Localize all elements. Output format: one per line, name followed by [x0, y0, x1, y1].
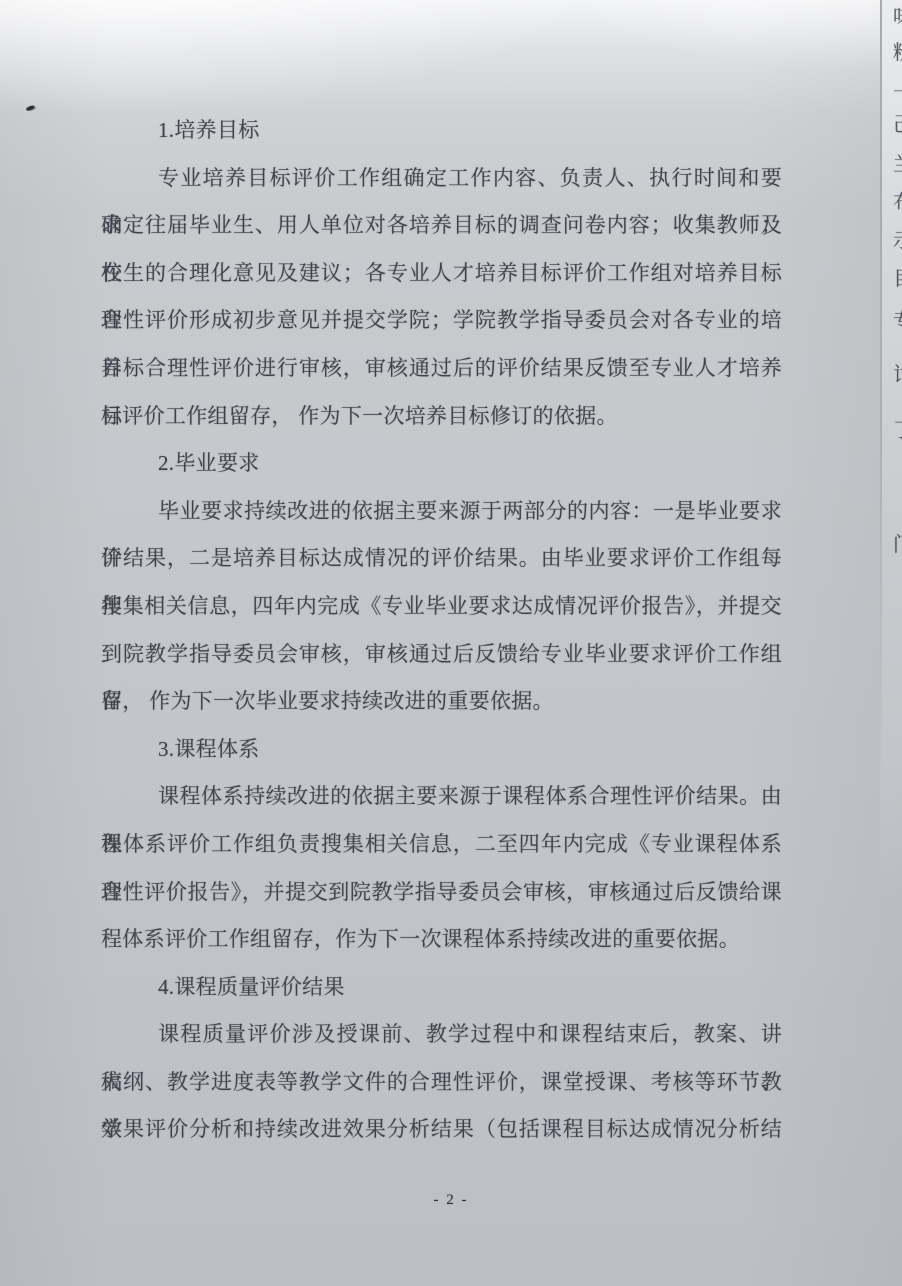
text-line: 确定往届毕业生、用人单位对各培养目标的调查问卷内容；收集教师及在 [101, 202, 782, 250]
text-line: 理性评价报告》，并提交到院教学指导委员会审核，审核通过后反馈给课 [101, 869, 782, 917]
text-line: 存， 作为下一次毕业要求持续改进的重要依据。 [101, 678, 782, 726]
edge-partial-glyph: 粉 [893, 36, 902, 65]
edge-partial-glyph: 兰 [893, 148, 902, 177]
text-line: 3.课程体系 [101, 726, 782, 774]
edge-partial-glyph: 了 [893, 414, 902, 443]
text-line: 4.课程质量评价结果 [101, 964, 782, 1012]
ink-speck [26, 104, 36, 111]
text-line: 效果评价分析和持续改进效果分析结果（包括课程目标达成情况分析结 [101, 1106, 782, 1154]
text-line: 理性评价形成初步意见并提交学院；学院教学指导委员会对各专业的培养 [101, 297, 782, 345]
edge-partial-glyph: 目 [893, 262, 902, 291]
text-line: 毕业要求持续改进的依据主要来源于两部分的内容：一是毕业要求评 [101, 488, 782, 536]
text-line: 2.毕业要求 [101, 440, 782, 488]
next-page-edge: 味粉一己兰布示目专讨了门 [880, 0, 902, 1286]
text-line: 价结果，二是培养目标达成情况的评价结果。由毕业要求评价工作组每年 [101, 535, 782, 583]
edge-partial-glyph: 门 [893, 528, 902, 557]
document-body: 1.培养目标专业培养目标评价工作组确定工作内容、负责人、执行时间和要求；确定往届… [101, 107, 782, 1154]
edge-partial-glyph: 一 [893, 76, 902, 105]
text-line: 程体系评价工作组负责搜集相关信息，二至四年内完成《专业课程体系合 [101, 821, 782, 869]
paper-sheet: 1.培养目标专业培养目标评价工作组确定工作内容、负责人、执行时间和要求；确定往届… [0, 0, 902, 1286]
text-line: 课程质量评价涉及授课前、教学过程中和课程结束后，教案、讲稿、 [101, 1011, 782, 1059]
edge-partial-glyph: 示 [893, 224, 902, 253]
text-line: 校生的合理化意见及建议；各专业人才培养目标评价工作组对培养目标合 [101, 250, 782, 298]
text-line: 课程体系持续改进的依据主要来源于课程体系合理性评价结果。由课 [101, 773, 782, 821]
edge-partial-glyph: 味 [893, 0, 902, 29]
edge-partial-glyph: 专 [893, 304, 902, 333]
edge-partial-glyph: 讨 [893, 358, 902, 387]
text-line: 专业培养目标评价工作组确定工作内容、负责人、执行时间和要求； [101, 155, 782, 203]
edge-partial-glyph: 己 [893, 108, 902, 137]
text-line: 标评价工作组留存， 作为下一次培养目标修订的依据。 [101, 393, 782, 441]
text-line: 目标合理性评价进行审核，审核通过后的评价结果反馈至专业人才培养目 [101, 345, 782, 393]
edge-partial-glyph: 布 [893, 186, 902, 215]
text-line: 程体系评价工作组留存，作为下一次课程体系持续改进的重要依据。 [101, 916, 782, 964]
text-line: 到院教学指导委员会审核，审核通过后反馈给专业毕业要求评价工作组留 [101, 631, 782, 679]
text-line: 搜集相关信息，四年内完成《专业毕业要求达成情况评价报告》，并提交 [101, 583, 782, 631]
text-line: 1.培养目标 [101, 107, 782, 155]
page-number: - 2 - [0, 1192, 902, 1209]
text-line: 大纲、教学进度表等教学文件的合理性评价，课堂授课、考核等环节教学 [101, 1059, 782, 1107]
